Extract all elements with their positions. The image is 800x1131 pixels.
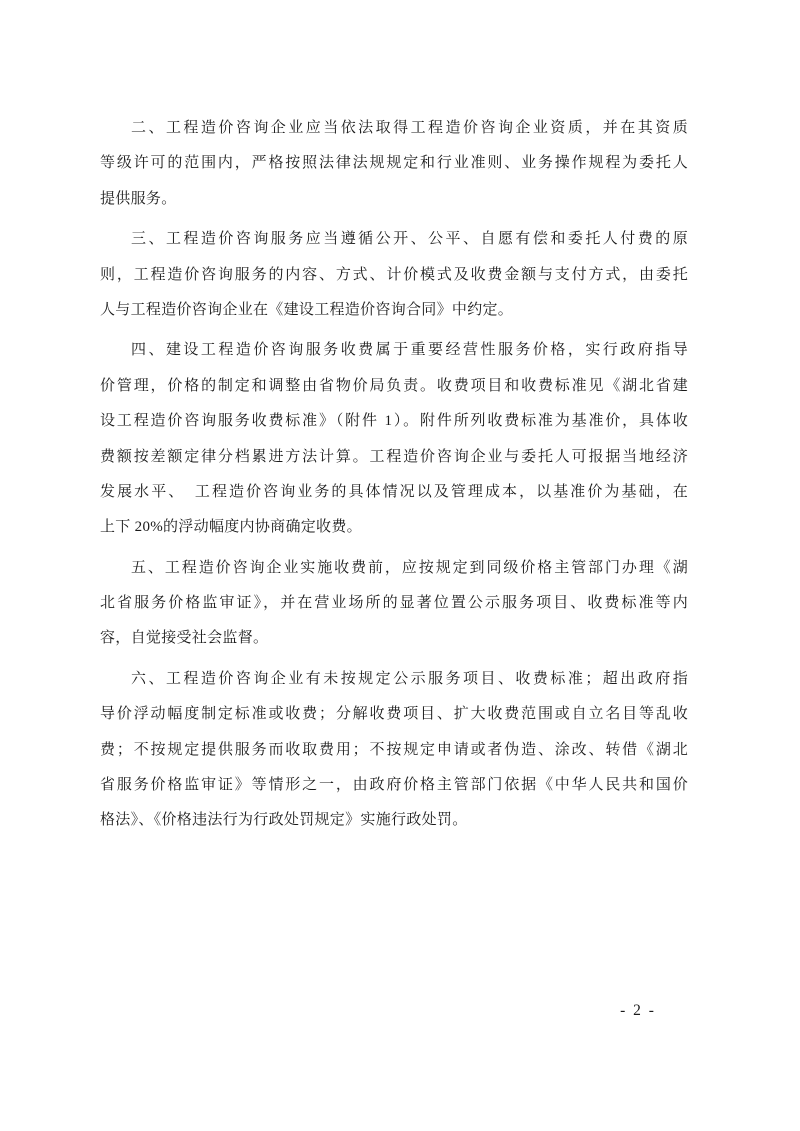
paragraph: 六、工程造价咨询企业有未按规定公示服务项目、收费标准；超出政府指导价浮动幅度制定… xyxy=(100,662,688,839)
text-line: 五、工程造价咨询企业实施收费前，应按规定到同级价格主管部门办理《湖 xyxy=(100,551,688,586)
text-line: 费额按差额定律分档累进方法计算。工程造价咨询企业与委托人可报据当地经济 xyxy=(100,440,688,475)
text-line: 提供服务。 xyxy=(100,182,688,217)
paragraph: 四、建设工程造价咨询服务收费属于重要经营性服务价格，实行政府指导价管理，价格的制… xyxy=(100,333,688,545)
page-number: - 2 - xyxy=(598,999,678,1023)
document-body: 二、工程造价咨询企业应当依法取得工程造价咨询企业资质，并在其资质等级许可的范围内… xyxy=(100,111,688,844)
document-page: 二、工程造价咨询企业应当依法取得工程造价咨询企业资质，并在其资质等级许可的范围内… xyxy=(0,0,800,1131)
text-line: 六、工程造价咨询企业有未按规定公示服务项目、收费标准；超出政府指 xyxy=(100,662,688,697)
text-line: 发展水平、 工程造价咨询业务的具体情况以及管理成本，以基准价为基础，在 xyxy=(100,475,688,510)
text-line: 北省服务价格监审证》，并在营业场所的显著位置公示服务项目、收费标准等内 xyxy=(100,586,688,621)
text-line: 费；不按规定提供服务而收取费用；不按规定申请或者伪造、涂改、转借《湖北 xyxy=(100,733,688,768)
paragraph: 三、工程造价咨询服务应当遵循公开、公平、自愿有偿和委托人付费的原则，工程造价咨询… xyxy=(100,222,688,328)
text-line: 四、建设工程造价咨询服务收费属于重要经营性服务价格，实行政府指导 xyxy=(100,333,688,368)
text-line: 设工程造价咨询服务收费标准》（附件 1）。附件所列收费标准为基准价，具体收 xyxy=(100,404,688,439)
text-line: 人与工程造价咨询企业在《建设工程造价咨询合同》中约定。 xyxy=(100,293,688,328)
text-line: 容，自觉接受社会监督。 xyxy=(100,621,688,656)
text-line: 导价浮动幅度制定标准或收费；分解收费项目、扩大收费范围或自立名目等乱收 xyxy=(100,697,688,732)
text-line: 三、工程造价咨询服务应当遵循公开、公平、自愿有偿和委托人付费的原 xyxy=(100,222,688,257)
text-line: 格法》、《价格违法行为行政处罚规定》实施行政处罚。 xyxy=(100,803,688,838)
text-line: 则，工程造价咨询服务的内容、方式、计价模式及收费金额与支付方式，由委托 xyxy=(100,258,688,293)
text-line: 二、工程造价咨询企业应当依法取得工程造价咨询企业资质，并在其资质 xyxy=(100,111,688,146)
paragraph: 五、工程造价咨询企业实施收费前，应按规定到同级价格主管部门办理《湖北省服务价格监… xyxy=(100,551,688,657)
text-line: 上下 20%的浮动幅度内协商确定收费。 xyxy=(100,510,688,545)
text-line: 价管理，价格的制定和调整由省物价局负责。收费项目和收费标准见《湖北省建 xyxy=(100,369,688,404)
text-line: 省服务价格监审证》等情形之一，由政府价格主管部门依据《中华人民共和国价 xyxy=(100,768,688,803)
text-line: 等级许可的范围内，严格按照法律法规规定和行业准则、业务操作规程为委托人 xyxy=(100,146,688,181)
paragraph: 二、工程造价咨询企业应当依法取得工程造价咨询企业资质，并在其资质等级许可的范围内… xyxy=(100,111,688,217)
